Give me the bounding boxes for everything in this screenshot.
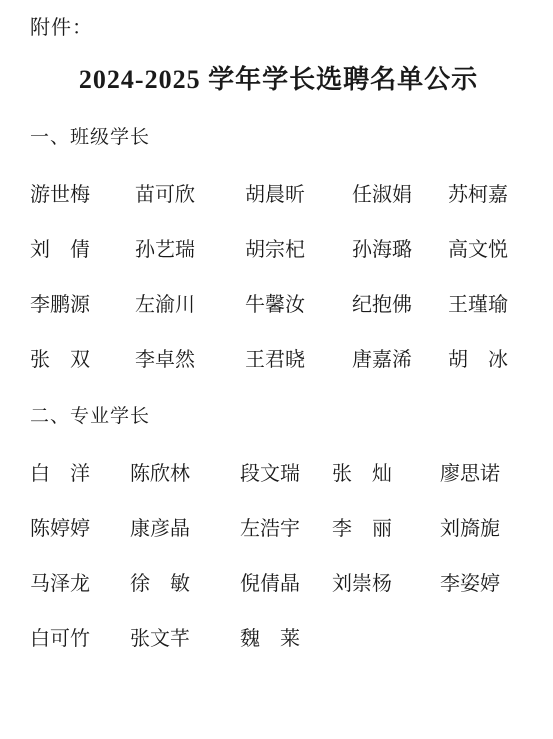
person-name: 魏 莱 (240, 626, 332, 652)
person-name: 李 丽 (332, 516, 440, 542)
person-name: 王瑾瑜 (448, 292, 508, 318)
person-name: 纪抱佛 (352, 292, 448, 318)
section-heading: 一、班级学长 (30, 124, 527, 152)
document-page: 附件： 2024-2025 学年学长选聘名单公示 一、班级学长 游世梅 苗可欣 … (0, 0, 553, 739)
section-major-seniors: 二、专业学长 白 洋 陈欣林 段文瑞 张 灿 廖思诺 陈婷婷 康彦晶 左浩宇 李… (30, 403, 527, 652)
name-row: 游世梅 苗可欣 胡晨昕 任淑娟 苏柯嘉 (30, 182, 527, 208)
page-title: 2024-2025 学年学长选聘名单公示 (30, 62, 527, 98)
person-name: 左渝川 (135, 292, 245, 318)
person-name: 胡 冰 (448, 347, 508, 373)
person-name: 高文悦 (448, 237, 508, 263)
section-class-seniors: 一、班级学长 游世梅 苗可欣 胡晨昕 任淑娟 苏柯嘉 刘 倩 孙艺瑞 胡宗杞 孙… (30, 124, 527, 373)
person-name: 孙艺瑞 (135, 237, 245, 263)
person-name: 孙海璐 (352, 237, 448, 263)
person-name: 白可竹 (30, 626, 130, 652)
person-name: 李鹏源 (30, 292, 135, 318)
person-name: 张文芊 (130, 626, 240, 652)
name-row: 刘 倩 孙艺瑞 胡宗杞 孙海璐 高文悦 (30, 237, 527, 263)
person-name: 胡晨昕 (245, 182, 352, 208)
person-name: 廖思诺 (440, 461, 500, 487)
person-name: 刘崇杨 (332, 571, 440, 597)
person-name: 牛馨汝 (245, 292, 352, 318)
person-name: 张 双 (30, 347, 135, 373)
person-name: 苏柯嘉 (448, 182, 508, 208)
person-name: 唐嘉浠 (352, 347, 448, 373)
person-name: 陈欣林 (130, 461, 240, 487)
name-row: 张 双 李卓然 王君晓 唐嘉浠 胡 冰 (30, 347, 527, 373)
person-name: 白 洋 (30, 461, 130, 487)
person-name: 康彦晶 (130, 516, 240, 542)
person-name: 陈婷婷 (30, 516, 130, 542)
person-name: 王君晓 (245, 347, 352, 373)
attachment-label: 附件： (30, 14, 527, 42)
person-name: 马泽龙 (30, 571, 130, 597)
name-row: 白可竹 张文芊 魏 莱 (30, 626, 527, 652)
person-name: 刘 倩 (30, 237, 135, 263)
person-name: 李姿婷 (440, 571, 500, 597)
person-name: 段文瑞 (240, 461, 332, 487)
person-name: 倪倩晶 (240, 571, 332, 597)
section-heading: 二、专业学长 (30, 403, 527, 431)
person-name: 徐 敏 (130, 571, 240, 597)
person-name: 张 灿 (332, 461, 440, 487)
name-row: 马泽龙 徐 敏 倪倩晶 刘崇杨 李姿婷 (30, 571, 527, 597)
person-name: 刘旖旎 (440, 516, 500, 542)
person-name: 胡宗杞 (245, 237, 352, 263)
name-row: 白 洋 陈欣林 段文瑞 张 灿 廖思诺 (30, 461, 527, 487)
person-name: 任淑娟 (352, 182, 448, 208)
name-row: 李鹏源 左渝川 牛馨汝 纪抱佛 王瑾瑜 (30, 292, 527, 318)
person-name: 游世梅 (30, 182, 135, 208)
person-name: 苗可欣 (135, 182, 245, 208)
name-row: 陈婷婷 康彦晶 左浩宇 李 丽 刘旖旎 (30, 516, 527, 542)
person-name: 左浩宇 (240, 516, 332, 542)
person-name: 李卓然 (135, 347, 245, 373)
